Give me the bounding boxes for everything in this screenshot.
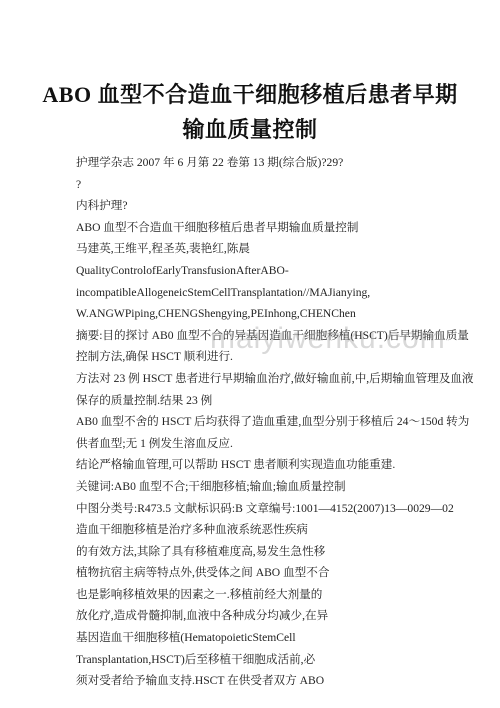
abstract-line: 控制方法,确保 HSCT 顺利进行. bbox=[76, 346, 486, 368]
article-title-repeat: ABO 血型不合造血干细胞移植后患者早期输血质量控制 bbox=[76, 217, 486, 239]
section-label: 内科护理? bbox=[76, 195, 486, 217]
abstract-line: 供者血型;无 1 例发生溶血反应. bbox=[76, 433, 486, 455]
body-text-line: 的有效方法,其除了具有移植难度高,易发生急性移 bbox=[76, 541, 486, 563]
abstract-line: AB0 血型不舍的 HSCT 后均获得了造血重建,血型分别于移植后 24～150… bbox=[76, 411, 486, 433]
document-title-line-1: ABO 血型不合造血干细胞移植后患者早期 bbox=[0, 78, 500, 109]
body-text-line: Transplantation,HSCT)后至移植干细胞成活前,必 bbox=[76, 649, 486, 671]
conclusion-line: 结论严格输血管理,可以帮助 HSCT 患者顺利实现造血功能重建. bbox=[76, 454, 486, 476]
text-line: ? bbox=[76, 174, 486, 196]
body-text-line: 放化疗,造成骨髓抑制,血液中各种成分均减少,在异 bbox=[76, 605, 486, 627]
authors: 马建英,王维平,程圣英,裴艳红,陈晨 bbox=[76, 238, 486, 260]
classification: 中图分类号:R473.5 文献标识码:B 文章编号:1001—4152(2007… bbox=[76, 498, 486, 520]
abstract-line: 保存的质量控制.结果 23 例 bbox=[76, 390, 486, 412]
body-text-line: 造血干细胞移植是治疗多种血液系统恶性疾病 bbox=[76, 519, 486, 541]
body-text-line: 基因造血干细胞移植(HematopoieticStemCell bbox=[76, 627, 486, 649]
body-text-line: 也是影响移植效果的因素之一.移植前经大剂量的 bbox=[76, 584, 486, 606]
document-title-line-2: 输血质量控制 bbox=[0, 113, 500, 144]
english-authors: W.ANGWPiping,CHENGShengying,PEInhong,CHE… bbox=[76, 303, 486, 325]
body-text-line: 须对受者给予输血支持.HSCT 在供受者双方 ABO bbox=[76, 670, 486, 692]
english-title: incompatibleAllogeneicStemCellTransplant… bbox=[76, 282, 486, 304]
journal-citation: 护理学杂志 2007 年 6 月第 22 卷第 13 期(综合版)?29? bbox=[76, 152, 486, 174]
body-text-line: 植物抗宿主病等特点外,供受体之间 ABO 血型不合 bbox=[76, 562, 486, 584]
abstract-line: 方法对 23 例 HSCT 患者进行早期输血治疗,做好输血前,中,后期输血管理及… bbox=[76, 368, 486, 390]
keywords: 关键词:AB0 血型不合;干细胞移植;输血;输血质量控制 bbox=[76, 476, 486, 498]
english-title: QualityControlofEarlyTransfusionAfterABO… bbox=[76, 260, 486, 282]
document-body: 护理学杂志 2007 年 6 月第 22 卷第 13 期(综合版)?29? ? … bbox=[76, 152, 486, 692]
abstract-line: 摘要:目的探讨 AB0 血型不合的异基因造血干细胞移植(HSCT)后早期输血质量 bbox=[76, 325, 486, 347]
